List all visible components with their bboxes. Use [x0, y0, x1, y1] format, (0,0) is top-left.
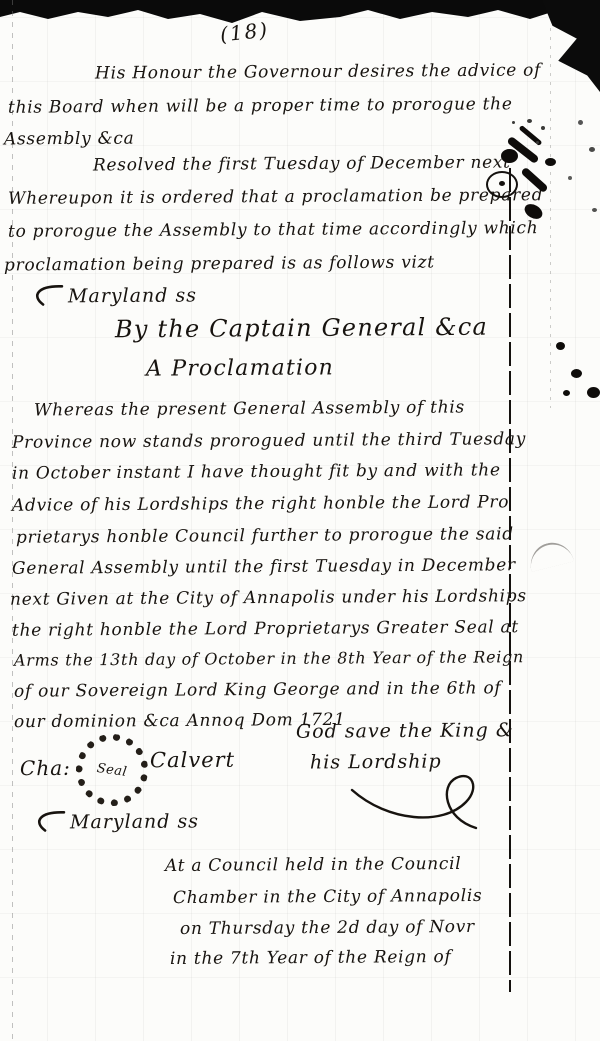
ink-speck	[541, 126, 545, 130]
ink-speck	[589, 147, 595, 152]
minutes-line: His Honour the Governour desires the adv…	[95, 60, 541, 83]
minutes-line: proclamation being prepared is as follow…	[4, 252, 435, 275]
ink-blot	[571, 369, 582, 378]
seal-wreath-icon: Seal	[71, 729, 152, 810]
ink-dot	[499, 181, 505, 186]
council-sidehead: Maryland ss	[32, 808, 199, 833]
ink-speck	[512, 121, 515, 124]
proclamation-line: Arms the 13th day of October in the 8th …	[14, 647, 524, 670]
proclamation-line: General Assembly until the first Tuesday…	[12, 555, 516, 579]
minutes-line: Resolved the first Tuesday of December n…	[93, 153, 511, 176]
pen-flourish-icon	[348, 762, 498, 834]
signature-surname: Calvert	[150, 748, 235, 773]
proclamation-line: Province now stands prorogued until the …	[12, 429, 526, 453]
minutes-line: Whereupon it is ordered that a proclamat…	[8, 185, 543, 209]
ink-speck	[568, 176, 572, 180]
left-fold-line	[12, 0, 13, 1041]
manuscript-page: (18) His Honour the Governour desires th…	[0, 0, 600, 1041]
proclamation-heading: By the Captain General &ca	[115, 313, 488, 344]
ink-blot	[563, 390, 570, 396]
right-margin-rule	[509, 168, 511, 992]
minutes-line: to prorogue the Assembly to that time ac…	[8, 218, 539, 242]
seal-label: Seal	[96, 760, 128, 779]
ink-speck	[592, 208, 597, 212]
proclamation-subheading: A Proclamation	[146, 355, 334, 381]
closing-line: God save the King &	[296, 719, 514, 743]
council-line: in the 7th Year of the Reign of	[170, 947, 452, 969]
sidehead-label: Maryland ss	[68, 284, 197, 307]
council-line: on Thursday the 2d day of Novr	[180, 917, 475, 939]
swash-flourish-icon	[30, 283, 64, 307]
ink-blot	[501, 149, 518, 163]
proclamation-line: Whereas the present General Assembly of …	[34, 397, 465, 420]
ink-speck	[536, 141, 539, 144]
ink-blot	[556, 342, 565, 350]
faint-margin-line	[550, 28, 551, 408]
council-line: Chamber in the City of Annapolis	[173, 886, 482, 908]
ink-circle-mark	[486, 171, 518, 198]
proclamation-line: in October instant I have thought fit by…	[12, 460, 501, 483]
proclamation-line: Advice of his Lordships the right honble…	[12, 492, 509, 515]
ink-speck	[527, 119, 532, 123]
council-line: At a Council held in the Council	[165, 854, 462, 876]
page-number: (18)	[219, 18, 270, 47]
ink-speck	[578, 120, 583, 125]
proclamation-line: of our Sovereign Lord King George and in…	[14, 678, 501, 701]
scan-edge-band	[0, 0, 600, 26]
ink-blot	[545, 158, 556, 166]
proclamation-line: next Given at the City of Annapolis unde…	[10, 586, 527, 610]
signature-forename: Cha:	[20, 756, 71, 780]
swash-flourish-icon	[32, 809, 66, 833]
minutes-line: this Board when will be a proper time to…	[8, 94, 513, 118]
proclamation-line: the right honble the Lord Proprietarys G…	[12, 617, 519, 641]
minutes-line: Assembly &ca	[4, 129, 135, 150]
proclamation-sidehead: Maryland ss	[30, 282, 197, 307]
faint-pen-curve	[526, 538, 574, 572]
proclamation-line: prietarys honble Council further to pror…	[16, 524, 514, 547]
sidehead-label: Maryland ss	[70, 810, 199, 833]
ink-blot	[587, 387, 600, 398]
